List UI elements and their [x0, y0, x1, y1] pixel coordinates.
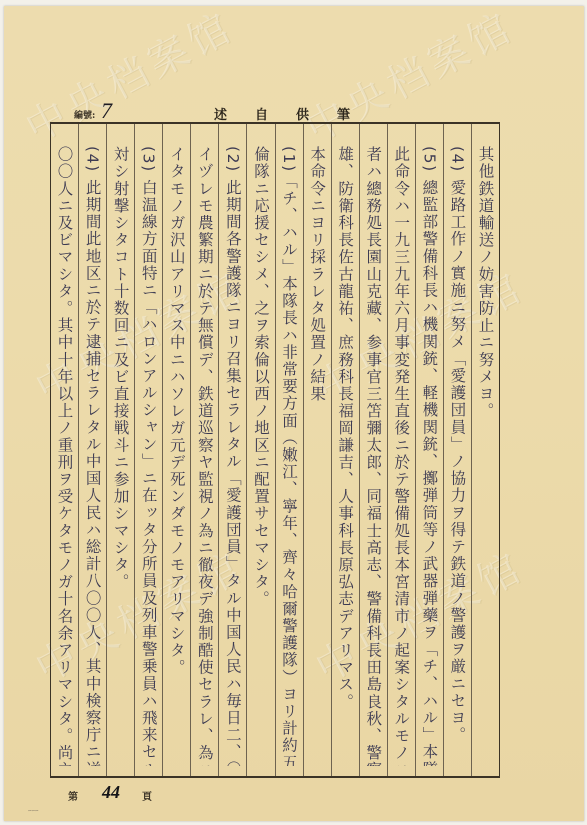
- manuscript-column: 本命令ニヨリ採ラレタ処置ノ結果: [303, 124, 331, 776]
- manuscript-column: イヅレモ農繁期ニ於テ無償デ、鉄道巡察ヤ監視ノ為ニ徹夜デ強制酷使セラレ、為ニ病気ニ…: [190, 124, 218, 776]
- manuscript-column: 対シ射撃シタコト十数回ニ及ビ直接戦斗ニ参加シマシタ。: [106, 124, 134, 776]
- manuscript-column: イタモノガ沢山アリマス中ニハソレガ元デ死ンダモノモアリマシタ。: [162, 124, 190, 776]
- archive-document-page: 中央档案馆 中央档案馆 中央档案馆 中央档案馆 中央档案馆 中央档案馆 編號: …: [4, 6, 584, 821]
- manuscript-column: (4) 此期間此地区ニ於テ逮捕セラレタル中国人民ハ総計八〇〇人、其中検察庁ニ送ラ…: [78, 124, 106, 776]
- manuscript-column: (3) 白温線方面特ニ「ハロンアルシャン」ニ在ッタ分所員及列車警乗員ハ飛来セル蘇…: [134, 124, 162, 776]
- column-text: 者ハ總務処長園山克藏、参事官三笘彌太郎、同福士高志、警備科長田島良秋、警察科長村…: [360, 146, 386, 766]
- page-footer: 第 44 頁: [4, 782, 584, 806]
- manuscript-column: 雄、防衛科長佐古龍祐、庶務科長福岡謙吉、人事科長原弘志デアリマス。: [331, 124, 359, 776]
- manuscript-column: (1)「チ、ハル」本隊長ハ非常要方面（嫩江、寧年、齊々哈爾警護隊）ヨリ計約五〇名…: [275, 124, 303, 776]
- manuscript-column: (2) 此期間各警護隊ニヨリ召集セラレタル「愛護団員」タル中国人民ハ毎日二、〇〇…: [218, 124, 246, 776]
- manuscript-column: (4) 愛路工作ノ實施ニ努メ「愛護団員」ノ協力ヲ得テ鉄道ノ警護ヲ厳ニセヨ。: [443, 124, 471, 776]
- form-header: 編號: 7 述自供筆: [4, 104, 584, 124]
- manuscript-column: 其他鉄道輸送ノ妨害防止ニ努メヨ。: [471, 124, 499, 776]
- column-text: 雄、防衛科長佐古龍祐、庶務科長福岡謙吉、人事科長原弘志デアリマス。: [332, 146, 358, 766]
- column-text: 其他鉄道輸送ノ妨害防止ニ努メヨ。: [472, 146, 498, 766]
- column-text: イヅレモ農繁期ニ於テ無償デ、鉄道巡察ヤ監視ノ為ニ徹夜デ強制酷使セラレ、為ニ病気ニ…: [192, 146, 218, 766]
- manuscript-column: 者ハ總務処長園山克藏、参事官三笘彌太郎、同福士高志、警備科長田島良秋、警察科長村…: [359, 124, 387, 776]
- column-text: (2) 此期間各警護隊ニヨリ召集セラレタル「愛護団員」タル中国人民ハ毎日二、〇〇…: [220, 146, 246, 766]
- form-title: 述自供筆: [214, 104, 378, 123]
- column-text: 本命令ニヨリ採ラレタ処置ノ結果: [304, 146, 330, 766]
- column-text: 対シ射撃シタコト十数回ニ及ビ直接戦斗ニ参加シマシタ。: [108, 146, 134, 766]
- column-text: 倫隊ニ応援セシメ、之ヲ索倫以西ノ地区ニ配置サセマシタ。: [248, 146, 274, 766]
- manuscript-column: (5) 總監部警備科長ハ機関銃、軽機関銃、擲弾筒等ノ武器弾藥ヲ「チ、ハル」本隊ニ…: [415, 124, 443, 776]
- margin-note: ｰｰｰ: [28, 806, 39, 816]
- page-number: 44: [102, 782, 120, 803]
- column-text: (3) 白温線方面特ニ「ハロンアルシャン」ニ在ッタ分所員及列車警乗員ハ飛来セル蘇…: [136, 146, 162, 766]
- page-label-suffix: 頁: [142, 788, 152, 803]
- manuscript-column: 倫隊ニ応援セシメ、之ヲ索倫以西ノ地区ニ配置サセマシタ。: [246, 124, 274, 776]
- column-text: イタモノガ沢山アリマス中ニハソレガ元デ死ンダモノモアリマシタ。: [164, 146, 190, 766]
- column-text: (1)「チ、ハル」本隊長ハ非常要方面（嫩江、寧年、齊々哈爾警護隊）ヨリ計約五〇名…: [276, 146, 302, 766]
- column-text: 〇〇人ニ及ビマシタ。其中十年以上ノ重刑ヲ受ケタモノガ十名余アリマシタ。尚之等ノ人…: [52, 146, 78, 766]
- column-text: 此命令ハ一九三九年六月事変発生直後ニ於テ警備処長本宮清市ノ起案シタルモノニシテ計…: [388, 146, 414, 766]
- manuscript-column: 〇〇人ニ及ビマシタ。其中十年以上ノ重刑ヲ受ケタモノガ十名余アリマシタ。尚之等ノ人…: [51, 124, 78, 776]
- manuscript-grid: 其他鉄道輸送ノ妨害防止ニ努メヨ。(4) 愛路工作ノ實施ニ努メ「愛護団員」ノ協力ヲ…: [50, 122, 500, 778]
- column-text: (4) 此期間此地区ニ於テ逮捕セラレタル中国人民ハ総計八〇〇人、其中検察庁ニ送ラ…: [80, 146, 106, 766]
- column-text: (4) 愛路工作ノ實施ニ努メ「愛護団員」ノ協力ヲ得テ鉄道ノ警護ヲ厳ニセヨ。: [444, 146, 470, 766]
- manuscript-column: 此命令ハ一九三九年六月事変発生直後ニ於テ警備処長本宮清市ノ起案シタルモノニシテ計…: [387, 124, 415, 776]
- page-label-prefix: 第: [68, 788, 78, 803]
- serial-number: 7: [101, 98, 112, 124]
- column-text: (5) 總監部警備科長ハ機関銃、軽機関銃、擲弾筒等ノ武器弾藥ヲ「チ、ハル」本隊ニ…: [416, 146, 442, 766]
- serial-label: 編號:: [74, 108, 95, 121]
